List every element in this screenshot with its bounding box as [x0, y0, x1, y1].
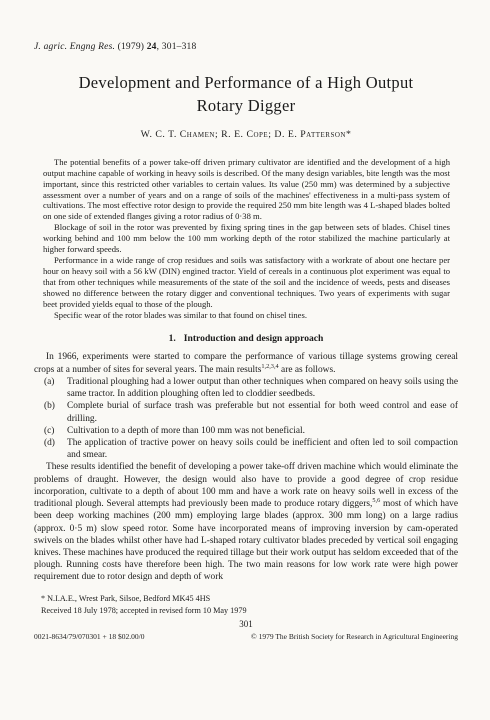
journal-page-range: , 301–318 [157, 42, 197, 52]
footnotes: * N.I.A.E., Wrest Park, Silsoe, Bedford … [41, 593, 458, 618]
abstract-paragraph-3: Performance in a wide range of crop resi… [43, 255, 450, 310]
article-title-line1: Development and Performance of a High Ou… [34, 71, 458, 94]
abstract-paragraph-2: Blockage of soil in the rotor was preven… [43, 222, 450, 255]
affiliation-footnote: * N.I.A.E., Wrest Park, Silsoe, Bedford … [41, 593, 458, 606]
closing-paragraph: These results identified the benefit of … [34, 461, 458, 583]
list-item-c-label: (c) [44, 425, 67, 437]
list-item-c-text: Cultivation to a depth of more than 100 … [67, 425, 458, 437]
section-1-title: Introduction and design approach [184, 333, 324, 344]
copyright-notice: © 1979 The British Society for Research … [251, 632, 458, 641]
abstract: The potential benefits of a power take-o… [43, 157, 450, 321]
abstract-paragraph-4: Specific wear of the rotor blades was si… [43, 310, 450, 321]
article-title: Development and Performance of a High Ou… [34, 71, 458, 118]
journal-volume: 24 [147, 42, 157, 52]
list-item-a-label: (a) [44, 376, 67, 400]
abstract-paragraph-1: The potential benefits of a power take-o… [43, 157, 450, 222]
section-1-number: 1. [169, 333, 176, 344]
intro-paragraph-tail: are as follows. [279, 365, 336, 375]
intro-paragraph: In 1966, experiments were started to com… [34, 351, 458, 375]
list-item-b: (b) Complete burial of surface trash was… [44, 400, 458, 424]
authors-line: W. C. T. Chamen; R. E. Cope; D. E. Patte… [34, 129, 458, 140]
journal-reference: J. agric. Engng Res. (1979) 24, 301–318 [34, 42, 458, 52]
list-item-d-label: (d) [44, 437, 67, 461]
closing-paragraph-tail: most of which have been deep working mac… [34, 499, 458, 582]
list-item-a-text: Traditional ploughing had a lower output… [67, 376, 458, 400]
intro-citation-superscript: 1,2,3,4 [261, 363, 278, 370]
list-item-a: (a) Traditional ploughing had a lower ou… [44, 376, 458, 400]
list-item-d-text: The application of tractive power on hea… [67, 437, 458, 461]
journal-year: (1979) [115, 42, 147, 52]
list-item-b-text: Complete burial of surface trash was pre… [67, 400, 458, 424]
list-item-d: (d) The application of tractive power on… [44, 437, 458, 461]
article-title-line2: Rotary Digger [34, 94, 458, 117]
footer-line: 0021-8634/79/070301 + 18 $02.00/0 © 1979… [34, 632, 458, 641]
received-dates-footnote: Received 18 July 1978; accepted in revis… [41, 605, 458, 618]
list-item-b-label: (b) [44, 400, 67, 424]
section-1-body: In 1966, experiments were started to com… [34, 351, 458, 583]
journal-name: J. agric. Engng Res. [34, 42, 115, 52]
section-1-heading: 1.Introduction and design approach [34, 333, 458, 344]
paper-page: J. agric. Engng Res. (1979) 24, 301–318 … [0, 0, 490, 720]
issn-code: 0021-8634/79/070301 + 18 $02.00/0 [34, 632, 144, 641]
list-item-c: (c) Cultivation to a depth of more than … [44, 425, 458, 437]
intro-paragraph-text: In 1966, experiments were started to com… [34, 352, 458, 374]
page-number: 301 [34, 619, 458, 629]
